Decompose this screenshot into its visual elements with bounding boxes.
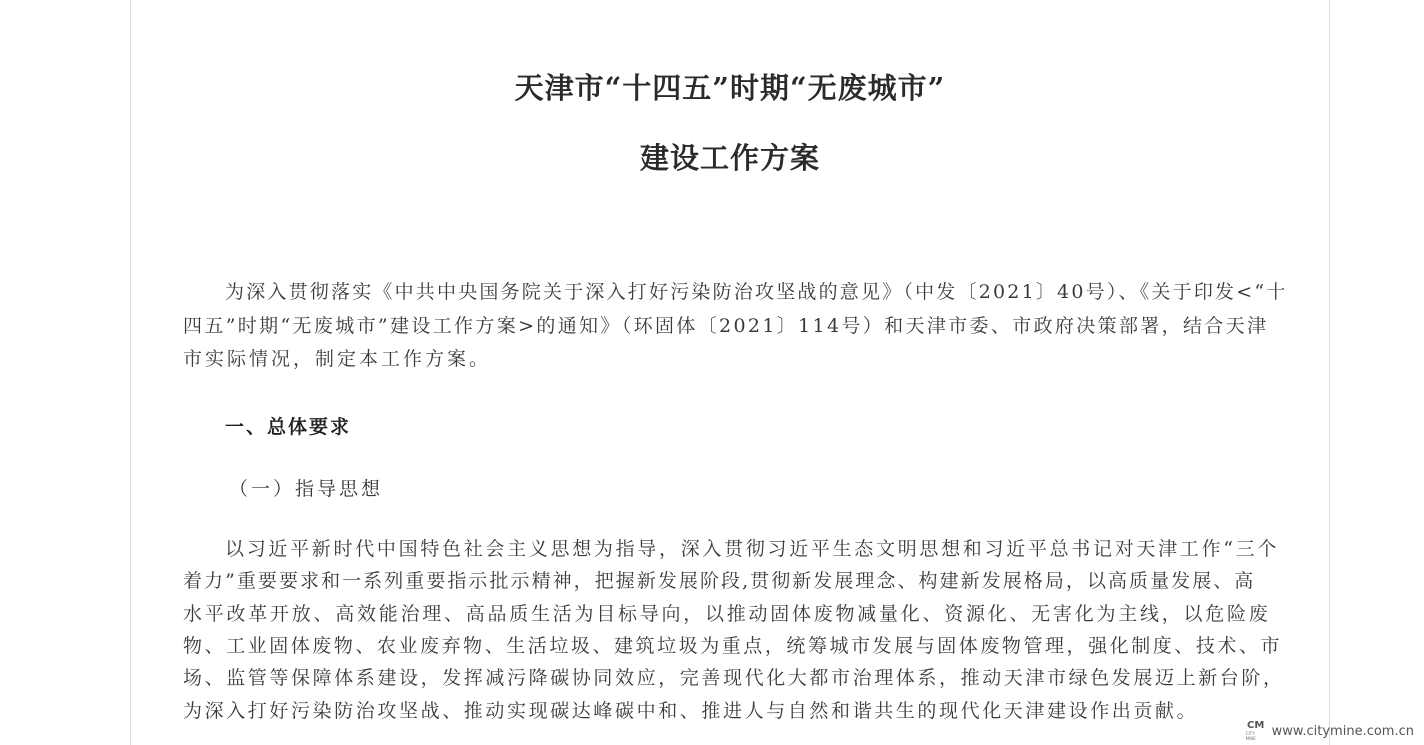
paragraph-line: 以习近平新时代中国特色社会主义思想为指导，深入贯彻习近平生态文明思想和习近平总书… (225, 537, 1279, 561)
paragraph-line: 水平改革开放、高效能治理、高品质生活为目标导向，以推动固体废物减量化、资源化、无… (183, 602, 1271, 626)
paragraph-line: 物、工业固体废物、农业废弃物、生活垃圾、建筑垃圾为重点，统筹城市发展与固体废物管… (183, 634, 1282, 658)
document-page: 天津市“十四五”时期“无废城市” 建设工作方案 为深入贯彻落实《中共中央国务院关… (130, 0, 1330, 745)
paragraph-line: 为深入打好污染防治攻坚战、推动实现碳达峰碳中和、推进人与自然和谐共生的现代化天津… (183, 699, 1198, 723)
document-title-line-1: 天津市“十四五”时期“无废城市” (131, 66, 1329, 107)
paragraph-line: 四五”时期“无废城市”建设工作方案>的通知》（环固体〔2021〕114号）和天津… (183, 314, 1268, 338)
paragraph-line: 着力”重要要求和一系列重要指示批示精神，把握新发展阶段,贯彻新发展理念、构建新发… (183, 569, 1255, 593)
paragraph-line: 为深入贯彻落实《中共中央国务院关于深入打好污染防治攻坚战的意见》（中发〔2021… (225, 280, 1287, 304)
citymine-logo-icon: CM CITY MINE (1246, 723, 1266, 739)
document-title-line-2: 建设工作方案 (131, 136, 1329, 177)
paragraph-line: 场、监管等保障体系建设，发挥减污降碳协同效应，完善现代化大都市治理体系，推动天津… (183, 666, 1285, 690)
watermark: CM CITY MINE www.citymine.com.cn (1246, 723, 1414, 739)
subsection-heading: （一）指导思想 (229, 474, 383, 501)
section-heading: 一、总体要求 (225, 412, 351, 439)
paragraph-line: 市实际情况，制定本工作方案。 (183, 347, 491, 371)
watermark-url: www.citymine.com.cn (1272, 724, 1414, 739)
